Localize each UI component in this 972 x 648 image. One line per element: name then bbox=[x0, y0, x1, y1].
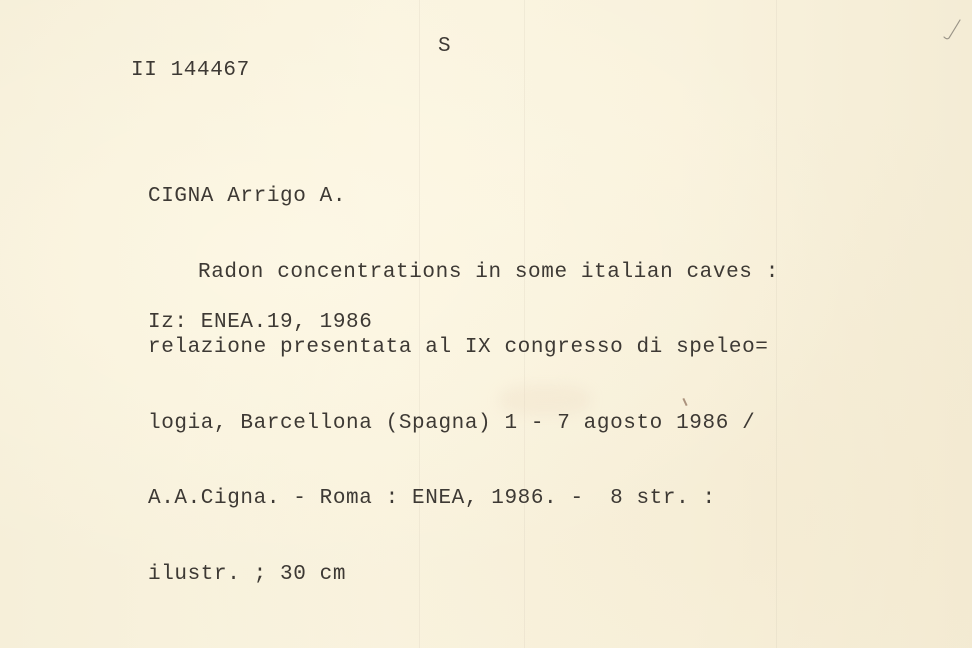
subtitle-line: relazione presentata al IX congresso di … bbox=[148, 335, 779, 361]
publication-line: A.A.Cigna. - Roma : ENEA, 1986. - 8 str.… bbox=[148, 486, 779, 512]
holding-note: Iz: ENEA.19, 1986 bbox=[148, 310, 372, 335]
physical-description-line: ilustr. ; 30 cm bbox=[148, 562, 779, 588]
author-heading: CIGNA Arrigo A. bbox=[148, 184, 779, 210]
title-line: Radon concentrations in some italian cav… bbox=[148, 260, 779, 286]
catalog-card: S II 144467 CIGNA Arrigo A. Radon concen… bbox=[0, 0, 972, 648]
subtitle-line-cont: logia, Barcellona (Spagna) 1 - 7 agosto … bbox=[148, 411, 779, 437]
sigla-mark: S bbox=[438, 34, 451, 59]
bibliographic-entry: CIGNA Arrigo A. Radon concentrations in … bbox=[148, 134, 779, 637]
call-number: II 144467 bbox=[131, 58, 250, 83]
check-mark-icon bbox=[942, 18, 962, 42]
